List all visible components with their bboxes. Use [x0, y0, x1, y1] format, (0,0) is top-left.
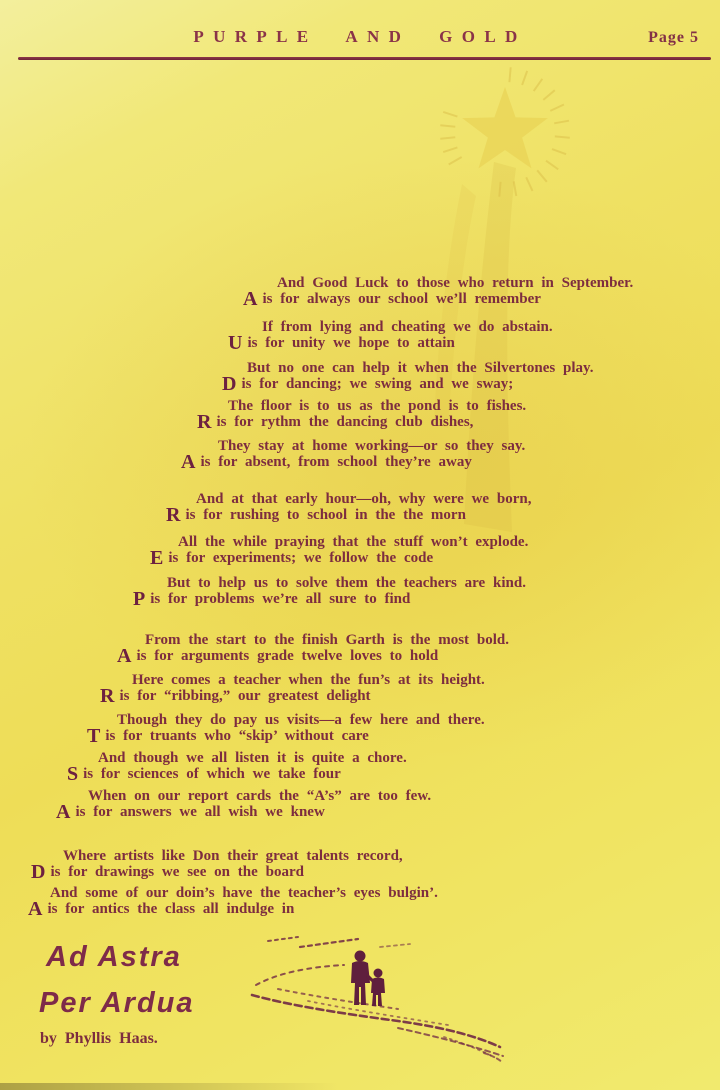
poem-couplet: And though we all listen it is quite a c… — [67, 751, 407, 782]
acrostic-line-text: is for arguments grade twelve loves to h… — [136, 648, 438, 664]
acrostic-line-text: is for problems we’re all sure to find — [150, 591, 410, 607]
acrostic-letter: R — [197, 411, 211, 433]
acrostic-line-text: is for drawings we see on the board — [50, 864, 304, 880]
header-rule — [18, 57, 711, 60]
acrostic-letter: T — [87, 725, 100, 747]
acrostic-letter: R — [166, 504, 180, 526]
acrostic-letter: S — [67, 763, 78, 785]
couplet-acrostic-line: Pis for problems we’re all sure to find — [133, 592, 526, 607]
poem-couplet: If from lying and cheating we do abstain… — [228, 320, 553, 351]
couplet-acrostic-line: Tis for truants who “skip’ without care — [87, 729, 485, 744]
couplet-acrostic-line: Ais for answers we all wish we knew — [56, 805, 431, 820]
acrostic-line-text: is for sciences of which we take four — [83, 766, 341, 782]
acrostic-letter: D — [222, 373, 236, 395]
poem-couplet: From the start to the finish Garth is th… — [117, 633, 509, 664]
acrostic-line-text: is for rythm the dancing club dishes, — [216, 414, 473, 430]
poem-couplet: Here comes a teacher when the fun’s at i… — [100, 673, 485, 704]
scanned-newspaper-page: PURPLE AND GOLD Page 5 — [0, 0, 720, 1090]
couplet-lead-line: The floor is to us as the pond is to fis… — [228, 399, 526, 414]
poem-couplet: But to help us to solve them the teacher… — [133, 576, 526, 607]
acrostic-letter: A — [117, 645, 131, 667]
poem-byline: by Phyllis Haas. — [40, 1030, 158, 1048]
couplet-acrostic-line: Dis for drawings we see on the board — [31, 865, 403, 880]
couplet-lead-line: And though we all listen it is quite a c… — [98, 751, 407, 766]
walking-path-illustration — [248, 925, 578, 1075]
path-sketch-strokes — [252, 937, 503, 1062]
couplet-lead-line: From the start to the finish Garth is th… — [145, 633, 509, 648]
couplet-lead-line: And Good Luck to those who return in Sep… — [277, 276, 633, 291]
acrostic-line-text: is for experiments; we follow the code — [168, 550, 433, 566]
couplet-lead-line: And at that early hour—oh, why were we b… — [196, 492, 531, 507]
star-shape — [462, 87, 548, 168]
couplet-acrostic-line: Ais for antics the class all indulge in — [28, 902, 438, 917]
acrostic-letter: R — [100, 685, 114, 707]
acrostic-letter: P — [133, 588, 145, 610]
couplet-lead-line: But to help us to solve them the teacher… — [167, 576, 526, 591]
poem-couplet: Where artists like Don their great talen… — [31, 849, 403, 880]
poem-couplet: All the while praying that the stuff won… — [150, 535, 528, 566]
couplet-acrostic-line: Sis for sciences of which we take four — [67, 767, 407, 782]
couplet-lead-line: Here comes a teacher when the fun’s at i… — [132, 673, 485, 688]
acrostic-line-text: is for always our school we’ll remember — [262, 291, 540, 307]
couplet-lead-line: And some of our doin’s have the teacher’… — [50, 886, 438, 901]
acrostic-letter: E — [150, 547, 163, 569]
couplet-lead-line: When on our report cards the “A’s” are t… — [88, 789, 431, 804]
couplet-acrostic-line: Uis for unity we hope to attain — [228, 336, 553, 351]
walking-figures — [351, 951, 385, 1007]
acrostic-line-text: is for “ribbing,” our greatest delight — [119, 688, 370, 704]
poem-couplet: Though they do pay us visits—a few here … — [87, 713, 485, 744]
acrostic-line-text: is for absent, from school they’re away — [200, 454, 471, 470]
acrostic-letter: D — [31, 861, 45, 883]
couplet-acrostic-line: Ris for rythm the dancing club dishes, — [197, 415, 526, 430]
couplet-acrostic-line: Ais for arguments grade twelve loves to … — [117, 649, 509, 664]
acrostic-letter: A — [181, 451, 195, 473]
couplet-lead-line: If from lying and cheating we do abstain… — [262, 320, 553, 335]
couplet-lead-line: But no one can help it when the Silverto… — [247, 361, 593, 376]
couplet-lead-line: Though they do pay us visits—a few here … — [117, 713, 485, 728]
couplet-acrostic-line: Ris for rushing to school in the the mor… — [166, 508, 531, 523]
couplet-lead-line: Where artists like Don their great talen… — [63, 849, 403, 864]
acrostic-letter: U — [228, 332, 242, 354]
acrostic-line-text: is for rushing to school in the the morn — [185, 507, 465, 523]
couplet-acrostic-line: Ais for always our school we’ll remember — [243, 292, 633, 307]
shooting-star-watermark — [398, 64, 628, 564]
poem-couplet: The floor is to us as the pond is to fis… — [197, 399, 526, 430]
scan-edge-shadow — [0, 1083, 340, 1090]
couplet-acrostic-line: Eis for experiments; we follow the code — [150, 551, 528, 566]
couplet-acrostic-line: Dis for dancing; we swing and we sway; — [222, 377, 593, 392]
acrostic-letter: A — [56, 801, 70, 823]
poem-title-line2: Per Ardua — [39, 987, 195, 1020]
couplet-acrostic-line: Ais for absent, from school they’re away — [181, 455, 525, 470]
acrostic-letter: A — [243, 288, 257, 310]
acrostic-line-text: is for dancing; we swing and we sway; — [241, 376, 513, 392]
acrostic-line-text: is for unity we hope to attain — [247, 335, 454, 351]
star-halo-rays — [440, 67, 570, 196]
acrostic-letter: A — [28, 898, 42, 920]
acrostic-line-text: is for answers we all wish we knew — [75, 804, 324, 820]
poem-couplet: And some of our doin’s have the teacher’… — [28, 886, 438, 917]
couplet-lead-line: All the while praying that the stuff won… — [178, 535, 528, 550]
acrostic-line-text: is for antics the class all indulge in — [47, 901, 294, 917]
couplet-acrostic-line: Ris for “ribbing,” our greatest delight — [100, 689, 485, 704]
page-number: Page 5 — [648, 29, 699, 47]
poem-couplet: And at that early hour—oh, why were we b… — [166, 492, 531, 523]
poem-couplet: And Good Luck to those who return in Sep… — [243, 276, 633, 307]
poem-couplet: But no one can help it when the Silverto… — [222, 361, 593, 392]
poem-couplet: When on our report cards the “A’s” are t… — [56, 789, 431, 820]
poem-couplet: They stay at home working—or so they say… — [181, 439, 525, 470]
couplet-lead-line: They stay at home working—or so they say… — [218, 439, 525, 454]
acrostic-line-text: is for truants who “skip’ without care — [105, 728, 368, 744]
poem-title-line1: Ad Astra — [46, 941, 182, 974]
masthead-title: PURPLE AND GOLD — [0, 28, 720, 46]
